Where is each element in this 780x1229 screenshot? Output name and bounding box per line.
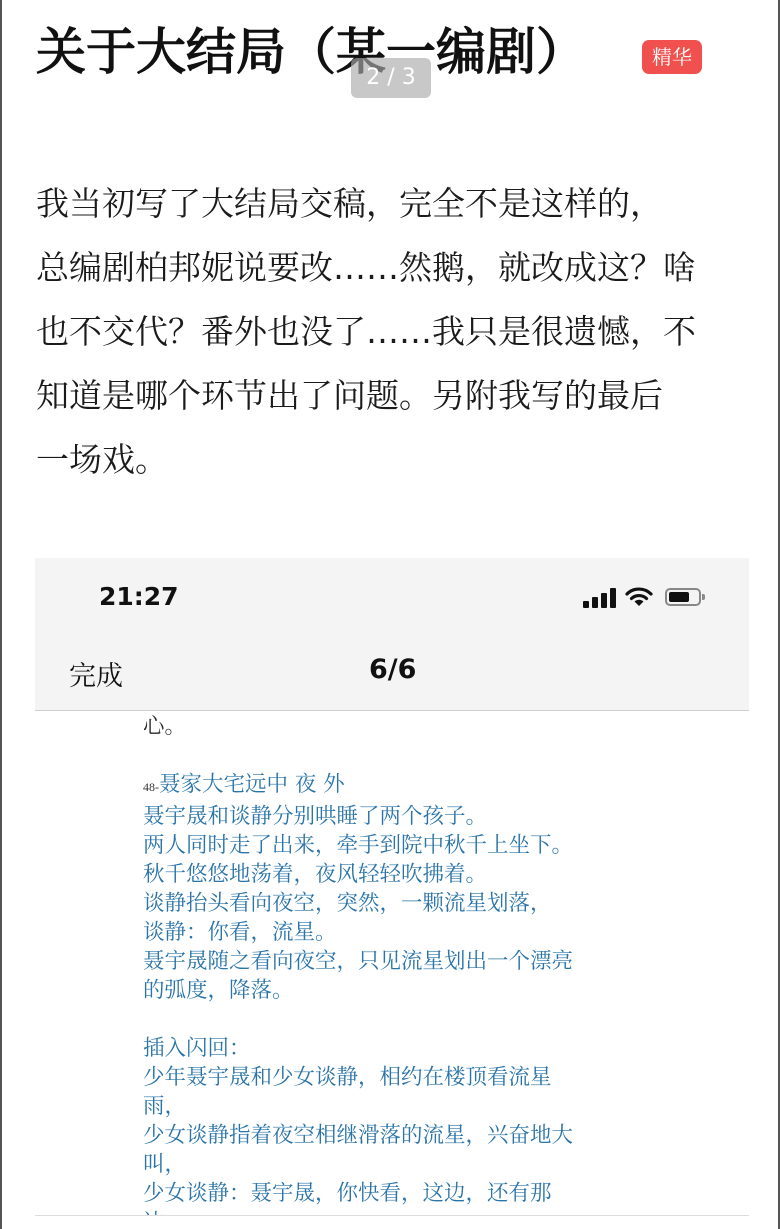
scene-line: 的弧度，降落。 [143, 976, 663, 1005]
doc-line: 心。 [143, 712, 663, 741]
page-indicator: 6/6 [369, 654, 416, 685]
flashback-line: 少女谈静：聂宇晟，你快看，这边，还有那 [143, 1179, 663, 1208]
wifi-icon [625, 586, 653, 608]
script-document: 夜风轻柔，吹拂过他们的脸庞，融化了他们的 心。 48-聂家大宅远中 夜 外 聂宇… [143, 698, 663, 1229]
battery-icon [665, 588, 701, 606]
flashback-line: 雨， [143, 1092, 663, 1121]
scene-number: 48- [143, 780, 159, 794]
scene-heading: 48-聂家大宅远中 夜 外 [143, 770, 663, 802]
body-line: 我当初写了大结局交稿，完全不是这样的， [36, 172, 750, 236]
body-line: 也不交代？番外也没了……我只是很遗憾，不 [36, 300, 750, 364]
post-body: 我当初写了大结局交稿，完全不是这样的， 总编剧柏邦妮说要改……然鹅，就改成这？啥… [36, 172, 750, 492]
scene-line: 两人同时走了出来，牵手到院中秋千上坐下。 [143, 831, 663, 860]
scene-line: 聂宇晟和谈静分别哄睡了两个孩子。 [143, 802, 663, 831]
flashback-line: 插入闪回： [143, 1034, 663, 1063]
flashback-line: 叫， [143, 1150, 663, 1179]
screenshot-header: 21:27 完成 6/6 [35, 558, 749, 711]
scene-line: 谈静：你看，流星。 [143, 918, 663, 947]
body-line: 总编剧柏邦妮说要改……然鹅，就改成这？啥 [36, 236, 750, 300]
embedded-screenshot[interactable]: 夜风轻柔，吹拂过他们的脸庞，融化了他们的 心。 48-聂家大宅远中 夜 外 聂宇… [35, 558, 749, 1229]
status-time: 21:27 [99, 582, 179, 611]
post-title: 关于大结局（某一编剧） [36, 18, 586, 86]
scene-line: 谈静抬头看向夜空，突然，一颗流星划落， [143, 889, 663, 918]
scene-line: 秋千悠悠地荡着，夜风轻轻吹拂着。 [143, 860, 663, 889]
flashback-line: 少年聂宇晟和少女谈静，相约在楼顶看流星 [143, 1063, 663, 1092]
featured-badge: 精华 [642, 40, 702, 74]
done-button[interactable]: 完成 [69, 654, 123, 693]
post-page: 关于大结局（某一编剧） 精华 2 / 3 我当初写了大结局交稿，完全不是这样的，… [0, 0, 780, 1229]
flashback-line: 少女谈静指着夜空相继滑落的流星，兴奋地大 [143, 1121, 663, 1150]
bottom-divider [35, 1215, 749, 1229]
scene-line: 聂宇晟随之看向夜空，只见流星划出一个漂亮 [143, 947, 663, 976]
body-line: 知道是哪个环节出了问题。另附我写的最后 [36, 364, 750, 428]
body-line: 一场戏。 [36, 428, 750, 492]
cellular-signal-icon [583, 588, 617, 608]
status-icons [583, 586, 723, 610]
image-pager-indicator: 2 / 3 [351, 58, 431, 98]
